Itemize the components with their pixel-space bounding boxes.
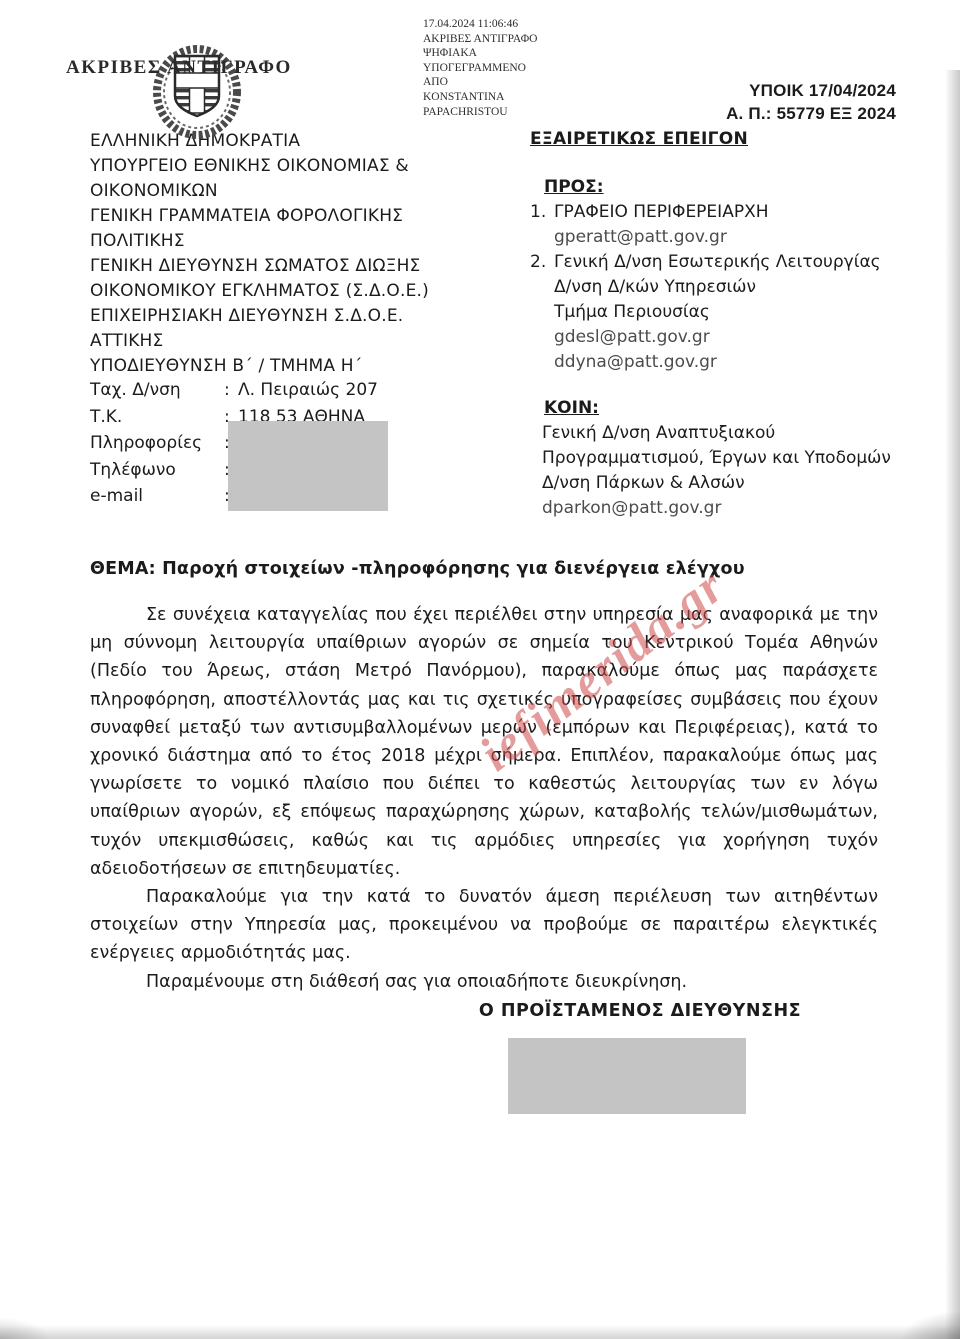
recipient-email: gperatt@patt.gov.gr	[554, 225, 727, 250]
digital-signature-line: ΥΠΟΓΕΓΡΑΜΜΕΝΟ	[423, 61, 583, 76]
recipient-item: Δ/νση Δ/κών Υπηρεσιών	[530, 275, 930, 300]
greek-coat-of-arms-icon	[147, 40, 247, 142]
contact-label: Ταχ. Δ/νση	[90, 377, 224, 404]
contact-label: e-mail	[90, 483, 224, 510]
digital-signature-block: 17.04.2024 11:06:46 ΑΚΡΙΒΕΣ ΑΝΤΙΓΡΑΦΟ ΨΗ…	[423, 17, 583, 119]
subject-line: ΘΕΜΑ: Παροχή στοιχείων -πληροφόρησης για…	[90, 559, 882, 579]
recipient-number: 2.	[530, 250, 554, 275]
document-page: ΑΚΡΙΒΕΣ ΑΝΤΙΓΡΑΦΟ 17.04.2024 11:06:46 ΑΚ…	[0, 0, 960, 1339]
reference-date: ΥΠΟΙΚ 17/04/2024	[726, 79, 896, 102]
contact-label: Τηλέφωνο	[90, 457, 224, 484]
sender-block: ΕΛΛΗΝΙΚΗ ΔΗΜΟΚΡΑΤΙΑ ΥΠΟΥΡΓΕΙΟ ΕΘΝΙΚΗΣ ΟΙ…	[90, 129, 520, 379]
sender-line: ΟΙΚΟΝΟΜΙΚΟΥ ΕΓΚΛΗΜΑΤΟΣ (Σ.Δ.Ο.Ε.)	[90, 279, 520, 304]
sender-line: ΠΟΛΙΤΙΚΗΣ	[90, 229, 520, 254]
recipient-email: ddyna@patt.gov.gr	[554, 350, 717, 375]
recipient-number	[530, 275, 554, 300]
sender-line: ΓΕΝΙΚΗ ΓΡΑΜΜΑΤΕΙΑ ΦΟΡΟΛΟΓΙΚΗΣ	[90, 204, 520, 229]
scan-corner-shadow	[0, 1317, 50, 1339]
contact-row: Ταχ. Δ/νση : Λ. Πειραιώς 207	[90, 377, 520, 404]
letter-body: Σε συνέχεια καταγγελίας που έχει περιέλθ…	[90, 601, 878, 996]
recipient-name: ΓΡΑΦΕΙΟ ΠΕΡΙΦΕΡΕΙΑΡΧΗ	[554, 200, 769, 225]
cc-line: Δ/νση Πάρκων & Αλσών	[542, 471, 930, 496]
sender-line: ΕΠΙΧΕΙΡΗΣΙΑΚΗ ΔΙΕΥΘΥΝΣΗ Σ.Δ.Ο.Ε.	[90, 304, 520, 329]
to-label: ΠΡΟΣ:	[544, 175, 930, 200]
certified-copy-stamp: ΑΚΡΙΒΕΣ ΑΝΤΙΓΡΑΦΟ	[66, 57, 292, 79]
recipient-item: 2. Γενική Δ/νση Εσωτερικής Λειτουργίας	[530, 250, 930, 275]
sender-line: ΑΤΤΙΚΗΣ	[90, 329, 520, 354]
recipient-number	[530, 350, 554, 375]
recipient-name: Τμήμα Περιουσίας	[554, 300, 710, 325]
scan-edge-shadow	[945, 70, 960, 1339]
contact-label: Τ.Κ.	[90, 404, 224, 431]
scan-edge-shadow	[0, 1325, 960, 1339]
recipient-item: ddyna@patt.gov.gr	[530, 350, 930, 375]
recipient-item: 1. ΓΡΑΦΕΙΟ ΠΕΡΙΦΕΡΕΙΑΡΧΗ	[530, 200, 930, 225]
recipients-block: ΕΞΑΙΡΕΤΙΚΩΣ ΕΠΕΙΓΟΝ ΠΡΟΣ: 1. ΓΡΑΦΕΙΟ ΠΕΡ…	[530, 127, 930, 521]
contact-separator: :	[224, 377, 238, 404]
recipient-email: gdesl@patt.gov.gr	[554, 325, 710, 350]
reference-number: Α. Π.: 55779 ΕΞ 2024	[726, 102, 896, 125]
recipient-number	[530, 300, 554, 325]
digital-signature-line: ΑΚΡΙΒΕΣ ΑΝΤΙΓΡΑΦΟ	[423, 32, 583, 47]
recipient-name: Δ/νση Δ/κών Υπηρεσιών	[554, 275, 756, 300]
urgency-label: ΕΞΑΙΡΕΤΙΚΩΣ ΕΠΕΙΓΟΝ	[530, 127, 930, 152]
digital-signature-line: ΨΗΦΙΑΚΑ	[423, 46, 583, 61]
recipient-number	[530, 325, 554, 350]
body-paragraph: Παρακαλούμε για την κατά το δυνατόν άμεσ…	[90, 883, 878, 968]
scan-corner-shadow	[900, 1311, 960, 1339]
signature-title: Ο ΠΡΟΪΣΤΑΜΕΝΟΣ ΔΙΕΥΘΥΝΣΗΣ	[465, 1001, 815, 1021]
digital-signature-line: KONSTANTINA	[423, 90, 583, 105]
redaction-box	[228, 421, 388, 511]
cc-email: dparkon@patt.gov.gr	[542, 496, 930, 521]
contact-value: Λ. Πειραιώς 207	[238, 377, 378, 404]
digital-signature-line: ΑΠΟ	[423, 75, 583, 90]
cc-line: Προγραμματισμού, Έργων και Υποδομών	[542, 446, 930, 471]
recipient-item: Τμήμα Περιουσίας	[530, 300, 930, 325]
digital-signature-line: PAPACHRISTOU	[423, 105, 583, 120]
cc-line: Γενική Δ/νση Αναπτυξιακού	[542, 421, 930, 446]
sender-line: ΓΕΝΙΚΗ ΔΙΕΥΘΥΝΣΗ ΣΩΜΑΤΟΣ ΔΙΩΞΗΣ	[90, 254, 520, 279]
recipient-number	[530, 225, 554, 250]
sender-line: ΥΠΟΥΡΓΕΙΟ ΕΘΝΙΚΗΣ ΟΙΚΟΝΟΜΙΑΣ &	[90, 154, 520, 179]
digital-signature-line: 17.04.2024 11:06:46	[423, 17, 583, 32]
contact-label: Πληροφορίες	[90, 430, 224, 457]
redaction-box	[508, 1038, 746, 1114]
protocol-reference: ΥΠΟΙΚ 17/04/2024 Α. Π.: 55779 ΕΞ 2024	[726, 79, 896, 125]
sender-line: ΟΙΚΟΝΟΜΙΚΩΝ	[90, 179, 520, 204]
cc-label: ΚΟΙΝ:	[544, 396, 930, 421]
sender-line: ΥΠΟΔΙΕΥΘΥΝΣΗ Β΄ / ΤΜΗΜΑ Η΄	[90, 354, 520, 379]
body-paragraph: Παραμένουμε στη διάθεσή σας για οποιαδήπ…	[90, 968, 878, 996]
recipient-number: 1.	[530, 200, 554, 225]
recipient-item: gdesl@patt.gov.gr	[530, 325, 930, 350]
cc-block: Γενική Δ/νση Αναπτυξιακού Προγραμματισμο…	[542, 421, 930, 521]
recipient-name: Γενική Δ/νση Εσωτερικής Λειτουργίας	[554, 250, 881, 275]
recipient-item: gperatt@patt.gov.gr	[530, 225, 930, 250]
